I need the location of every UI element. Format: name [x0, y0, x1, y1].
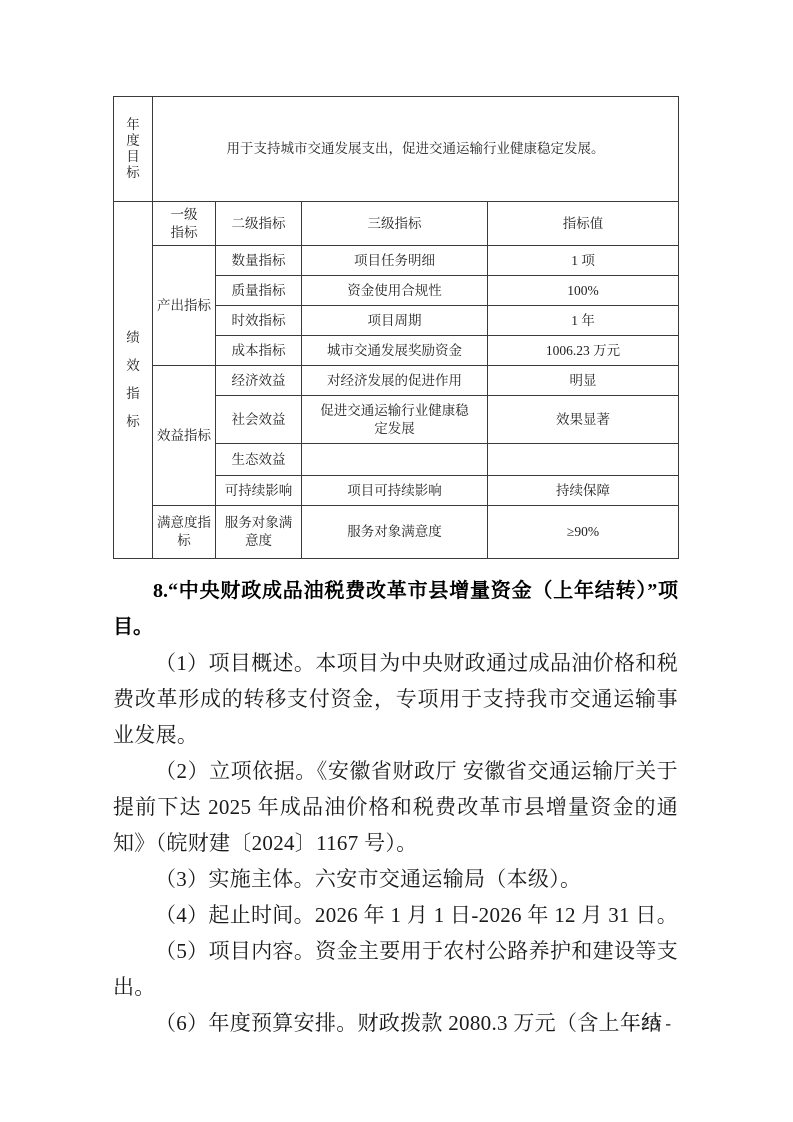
- satisfaction-group-label-cell: 满意度指 标: [153, 506, 216, 559]
- table-cell: 生态效益: [216, 444, 302, 476]
- body-paragraph: （4）起止时间。2026 年 1 月 1 日-2026 年 12 月 31 日。: [113, 897, 678, 933]
- body-paragraph: （5）项目内容。资金主要用于农村公路养护和建设等支出。: [113, 933, 678, 1005]
- table-header-row: 绩效指标 一级 指标 二级指标 三级指标 指标值: [114, 202, 679, 246]
- table-row: 产出指标 数量指标 项目任务明细 1 项: [114, 246, 679, 276]
- body-paragraph: （6）年度预算安排。财政拨款 2080.3 万元（含上年结: [113, 1005, 678, 1041]
- table-cell: 城市交通发展奖励资金: [302, 336, 488, 366]
- header-level1: 一级 指标: [153, 202, 216, 246]
- table-cell: 数量指标: [216, 246, 302, 276]
- table-cell: 1 项: [488, 246, 679, 276]
- table-cell: 促进交通运输行业健康稳 定发展: [302, 396, 488, 444]
- performance-indicator-table: 年度目标 用于支持城市交通发展支出，促进交通运输行业健康稳定发展。 绩效指标 一…: [113, 96, 679, 559]
- table-cell: [488, 444, 679, 476]
- table-cell: 服务对象满意度: [302, 506, 488, 559]
- table-cell: [302, 444, 488, 476]
- annual-goal-content-cell: 用于支持城市交通发展支出，促进交通运输行业健康稳定发展。: [153, 97, 679, 202]
- table-cell: 明显: [488, 366, 679, 396]
- output-group-label-cell: 产出指标: [153, 246, 216, 366]
- table-cell: 效果显著: [488, 396, 679, 444]
- header-level3: 三级指标: [302, 202, 488, 246]
- body-paragraph: （1）项目概述。本项目为中央财政通过成品油价格和税费改革形成的转移支付资金，专项…: [113, 645, 678, 753]
- perf-side-label: 绩效指标: [126, 324, 140, 436]
- header-level2: 二级指标: [216, 202, 302, 246]
- annual-goal-row: 年度目标 用于支持城市交通发展支出，促进交通运输行业健康稳定发展。: [114, 97, 679, 202]
- table-cell: 1 年: [488, 306, 679, 336]
- table-cell: 成本指标: [216, 336, 302, 366]
- header-value: 指标值: [488, 202, 679, 246]
- page-number: - 29 -: [629, 1014, 672, 1034]
- table-cell: 持续保障: [488, 476, 679, 506]
- table-row: 效益指标 经济效益 对经济发展的促进作用 明显: [114, 366, 679, 396]
- table-cell: 可持续影响: [216, 476, 302, 506]
- table-cell: 服务对象满 意度: [216, 506, 302, 559]
- table-cell: 1006.23 万元: [488, 336, 679, 366]
- table-cell: 项目周期: [302, 306, 488, 336]
- document-page-content: 年度目标 用于支持城市交通发展支出，促进交通运输行业健康稳定发展。 绩效指标 一…: [113, 96, 678, 1041]
- table-row: 满意度指 标 服务对象满 意度 服务对象满意度 ≥90%: [114, 506, 679, 559]
- body-paragraph: （2）立项依据。《安徽省财政厅 安徽省交通运输厅关于提前下达 2025 年成品油…: [113, 753, 678, 861]
- body-paragraph: （3）实施主体。六安市交通运输局（本级）。: [113, 861, 678, 897]
- table-cell: 对经济发展的促进作用: [302, 366, 488, 396]
- perf-side-label-cell: 绩效指标: [114, 202, 153, 559]
- table-cell: 项目任务明细: [302, 246, 488, 276]
- table-cell: 100%: [488, 276, 679, 306]
- table-cell: 社会效益: [216, 396, 302, 444]
- table-cell: 经济效益: [216, 366, 302, 396]
- table-cell: 时效指标: [216, 306, 302, 336]
- table-cell: 质量指标: [216, 276, 302, 306]
- table-cell: ≥90%: [488, 506, 679, 559]
- section-heading: 8.“中央财政成品油税费改革市县增量资金（上年结转）”项目。: [113, 573, 678, 645]
- annual-goal-label-cell: 年度目标: [114, 97, 153, 202]
- table-cell: 项目可持续影响: [302, 476, 488, 506]
- benefit-group-label-cell: 效益指标: [153, 366, 216, 506]
- annual-goal-label: 年度目标: [126, 117, 140, 181]
- table-cell: 资金使用合规性: [302, 276, 488, 306]
